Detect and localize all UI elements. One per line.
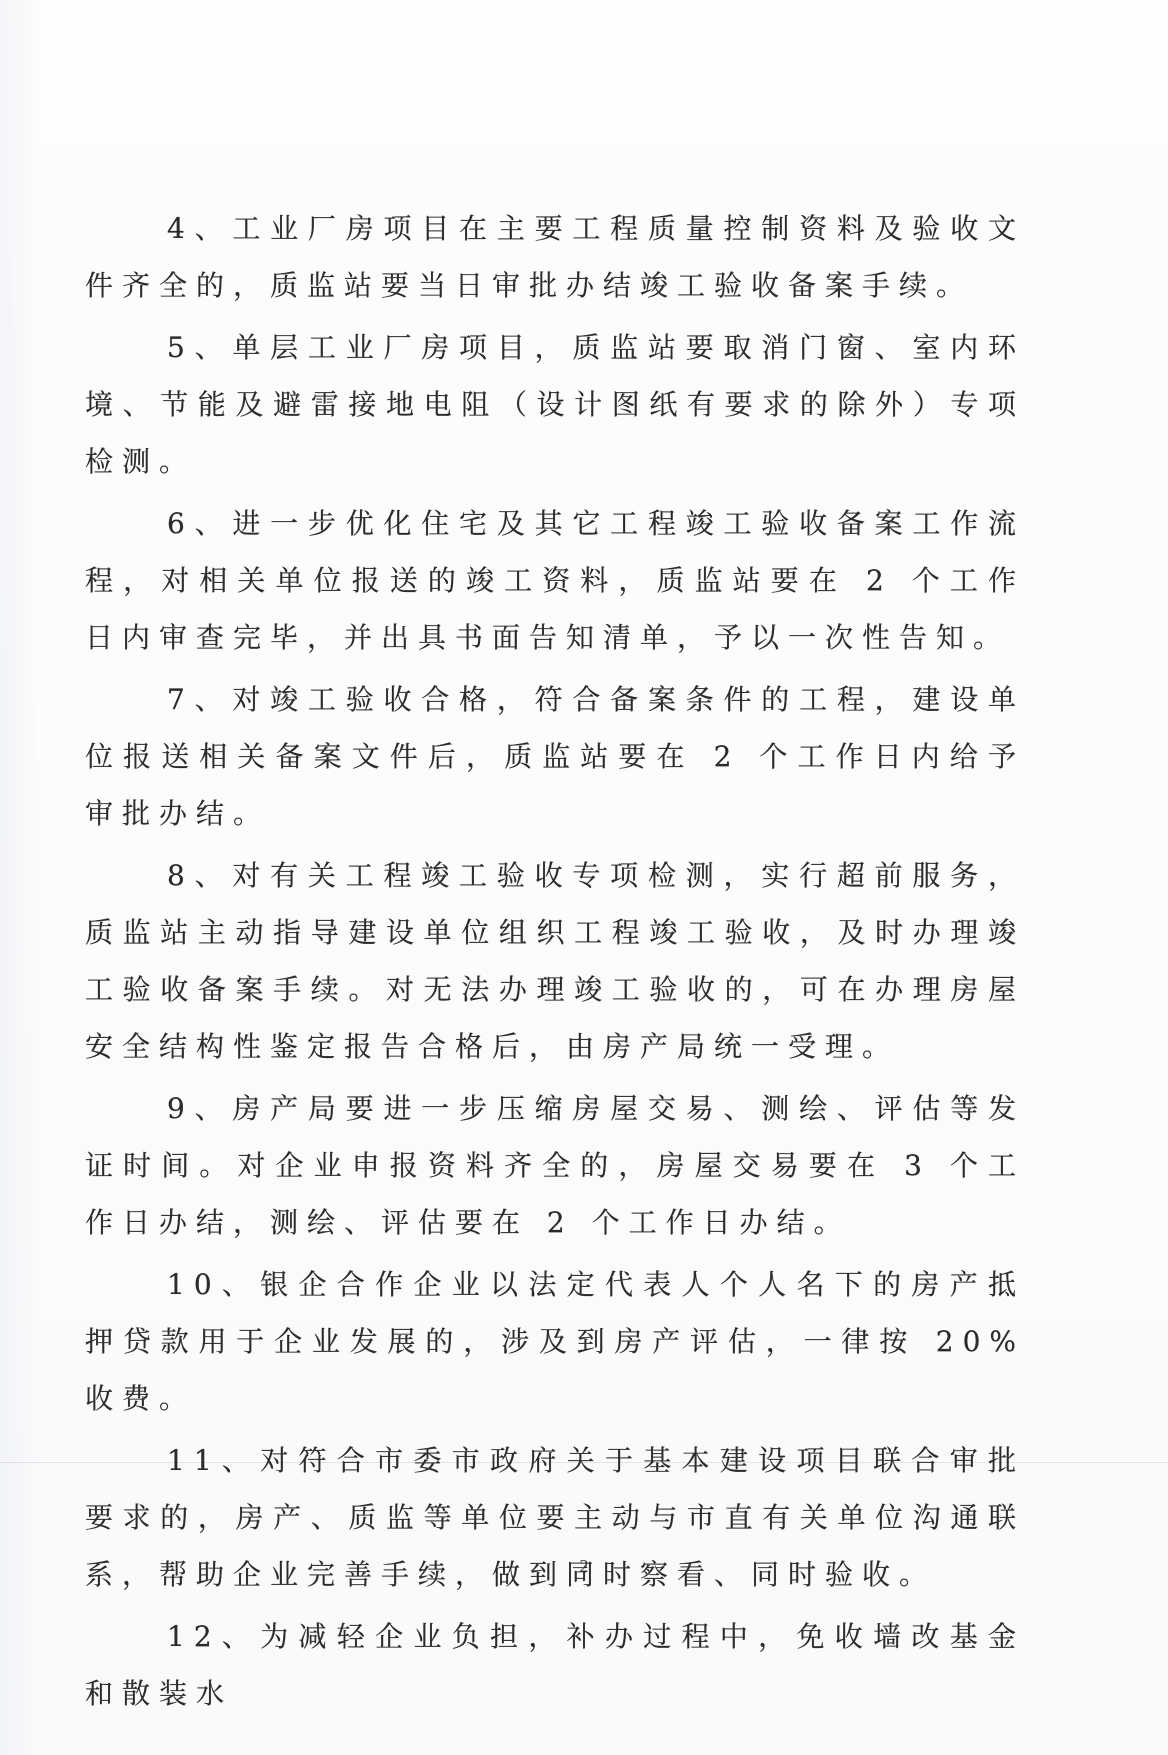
page-number: 2 — [0, 1556, 1168, 1577]
paragraph-7: 7、对竣工验收合格，符合备案条件的工程，建设单位报送相关备案文件后，质监站要在 … — [85, 671, 1025, 842]
paragraph-12: 12、为减轻企业负担，补办过程中，免收墙改基金和散装水 — [85, 1608, 1025, 1722]
paragraph-10: 10、银企合作企业以法定代表人个人名下的房产抵押贷款用于企业发展的，涉及到房产评… — [85, 1256, 1025, 1427]
document-body: 4、工业厂房项目在主要工程质量控制资料及验收文件齐全的，质监站要当日审批办结竣工… — [85, 200, 1025, 1722]
paragraph-9: 9、房产局要进一步压缩房屋交易、测绘、评估等发证时间。对企业申报资料齐全的，房屋… — [85, 1080, 1025, 1251]
paragraph-5: 5、单层工业厂房项目，质监站要取消门窗、室内环境、节能及避雷接地电阻（设计图纸有… — [85, 319, 1025, 490]
paragraph-4: 4、工业厂房项目在主要工程质量控制资料及验收文件齐全的，质监站要当日审批办结竣工… — [85, 200, 1025, 314]
paragraph-11: 11、对符合市委市政府关于基本建设项目联合审批要求的，房产、质监等单位要主动与市… — [85, 1432, 1025, 1603]
paragraph-6: 6、进一步优化住宅及其它工程竣工验收备案工作流程，对相关单位报送的竣工资料，质监… — [85, 495, 1025, 666]
paragraph-8: 8、对有关工程竣工验收专项检测，实行超前服务，质监站主动指导建设单位组织工程竣工… — [85, 847, 1025, 1075]
